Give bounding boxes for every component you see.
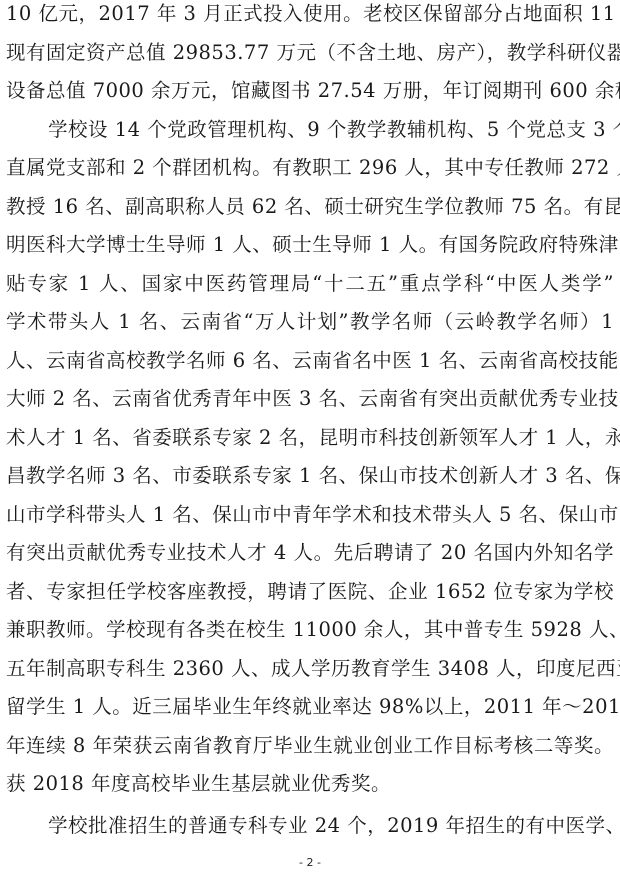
text-line: 兼职教师。学校现有各类在校生 11000 余人，其中普专生 5928 人、 <box>6 618 614 642</box>
text-line: 留学生 1 人。近三届毕业生年终就业率达 98%以上，2011 年～2018 <box>6 695 614 719</box>
document-page: 10 亿元，2017 年 3 月正式投入使用。老校区保留部分占地面积 11 亩。… <box>0 0 620 875</box>
text-line: 直属党支部和 2 个群团机构。有教职工 296 人，其中专任教师 272 人， <box>6 156 614 180</box>
text-line: 教授 16 名、副高职称人员 62 名、硕士研究生学位教师 75 名。有昆 <box>6 195 614 219</box>
paragraph-start-line: 学校设 14 个党政管理机构、9 个教学教辅机构、5 个党总支 3 个 <box>48 118 614 142</box>
text-line: 年连续 8 年荣获云南省教育厅毕业生就业创业工作目标考核二等奖。 <box>6 734 614 758</box>
text-line: 贴专家 1 人、国家中医药管理局“十二五”重点学科“中医人类学” <box>6 272 614 296</box>
text-line: 大师 2 名、云南省优秀青年中医 3 名、云南省有突出贡献优秀专业技 <box>6 387 614 411</box>
text-line: 有突出贡献优秀专业技术人才 4 人。先后聘请了 20 名国内外知名学 <box>6 541 614 565</box>
text-line: 设备总值 7000 余万元，馆藏图书 27.54 万册，年订阅期刊 600 余种… <box>6 79 614 103</box>
text-line: 现有固定资产总值 29853.77 万元（不含土地、房产），教学科研仪器 <box>6 41 614 65</box>
text-line: 10 亿元，2017 年 3 月正式投入使用。老校区保留部分占地面积 11 亩。 <box>6 2 614 26</box>
text-line: 昌教学名师 3 名、市委联系专家 1 名、保山市技术创新人才 3 名、保 <box>6 464 614 488</box>
text-line: 山市学科带头人 1 名、保山市中青年学术和技术带头人 5 名、保山市 <box>6 503 614 527</box>
text-line: 者、专家担任学校客座教授，聘请了医院、企业 1652 位专家为学校 <box>6 580 614 604</box>
text-line: 明医科大学博士生导师 1 人、硕士生导师 1 人。有国务院政府特殊津 <box>6 233 614 257</box>
text-line: 学术带头人 1 名、云南省“万人计划”教学名师（云岭教学名师）1 <box>6 310 614 334</box>
paragraph-start-line: 学校批准招生的普通专科专业 24 个，2019 年招生的有中医学、 <box>48 814 614 838</box>
paragraph-end-line: 获 2018 年度高校毕业生基层就业优秀奖。 <box>6 772 614 796</box>
text-line: 术人才 1 名、省委联系专家 2 名，昆明市科技创新领军人才 1 人，永 <box>6 426 614 450</box>
text-line: 人、云南省高校教学名师 6 名、云南省名中医 1 名、云南省高校技能 <box>6 349 614 373</box>
page-number: - 2 - <box>0 856 620 870</box>
text-line: 五年制高职专科生 2360 人、成人学历教育学生 3408 人，印度尼西亚 <box>6 657 614 681</box>
